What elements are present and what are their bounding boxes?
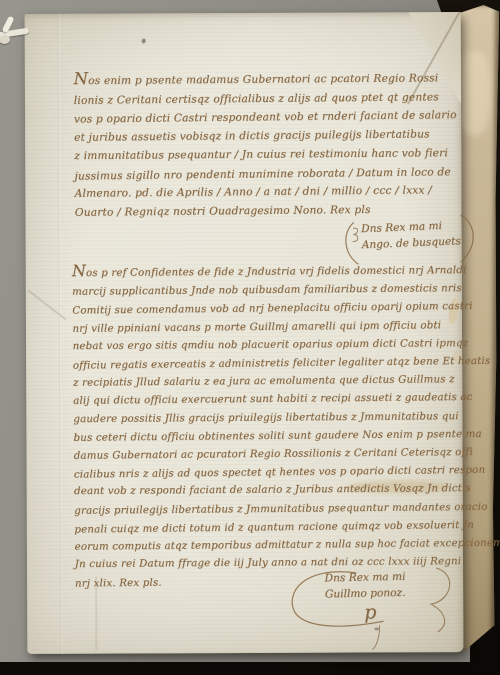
manuscript-photo: Nos enim p psente madamus Gubernatori ac…	[0, 0, 500, 675]
entry-1-text: Nos enim p psente madamus Gubernatori ac…	[73, 67, 462, 222]
binding-thread	[0, 14, 38, 56]
signature-block-2: Dns Rex ma mi Guillmo ponoz. p	[282, 561, 466, 653]
manuscript-line: jussimus sigillo nro pendenti munimine r…	[74, 163, 462, 186]
paper-speck	[141, 38, 146, 44]
manuscript-line: z immunitatibus psequantur / Jn cuius re…	[74, 144, 462, 166]
binding-fold-line	[58, 14, 64, 654]
manuscript-page: Nos enim p psente madamus Gubernatori ac…	[25, 12, 464, 654]
entry-2-text: Nos p ref Confidentes de fide z Jndustri…	[72, 259, 469, 593]
manuscript-line: Nos enim p psente madamus Gubernatori ac…	[73, 67, 461, 91]
thread-knot	[0, 35, 10, 44]
manuscript-line: gaudere possitis Jllis gracijs priuilegi…	[73, 408, 467, 429]
signature-line: Guillmo ponoz.	[325, 583, 465, 602]
manuscript-line: deant vob z respondi faciant de salario …	[74, 480, 468, 501]
manuscript-line: Nos p ref Confidentes de fide z Jndustri…	[72, 259, 466, 283]
